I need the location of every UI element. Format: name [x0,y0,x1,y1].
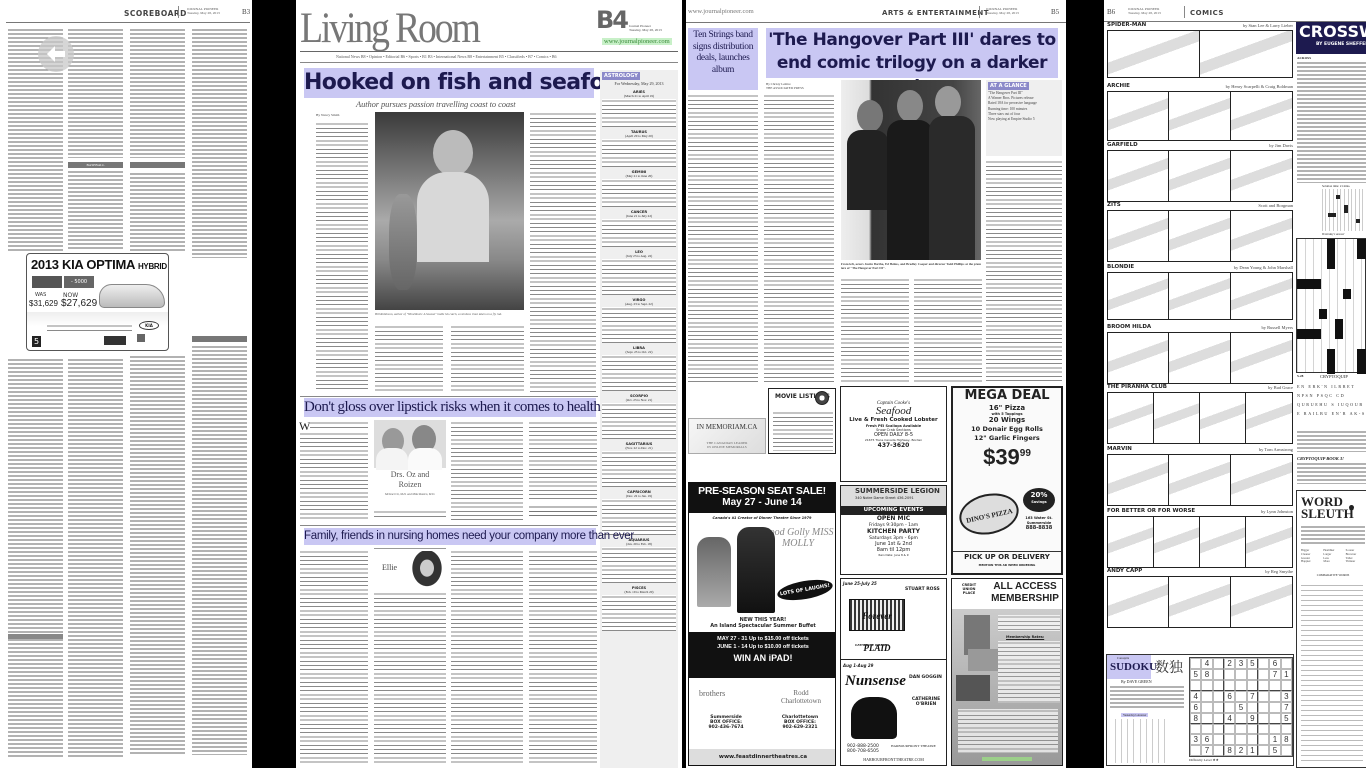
results-column-7 [130,355,185,755]
sudoku-cell[interactable]: 6 [1201,734,1212,745]
sudoku-cell[interactable]: 8 [1190,713,1201,724]
photo-caption: From left, actors Justin Bartha, Ed Helm… [841,262,981,274]
sudoku-cell[interactable] [1213,691,1224,702]
word-list-item: Thinner [1346,560,1365,564]
strip-author: by Jim Davis [1269,143,1293,148]
sudoku-cell[interactable]: 4 [1190,691,1201,702]
story3-col-4 [529,550,597,764]
main-story-col-4 [986,160,1062,382]
comic-panel [1108,31,1200,77]
comic-panel [1246,517,1292,567]
now-price: $27,629 [61,298,97,309]
comic-panel [1108,577,1169,627]
sudoku-cell[interactable] [1258,702,1269,713]
solution-label: Solution time: 21 mins. [1322,184,1350,188]
person-shirt [417,172,489,262]
across-label: ACROSS [1297,56,1311,60]
dinos-pizza-ad[interactable]: MEGA DEAL 16" Pizza with 5 Toppings 20 W… [951,386,1063,575]
comic-panel [1154,517,1200,567]
sudoku-cell[interactable] [1269,702,1280,713]
actor-image [737,527,775,613]
sudoku-cell[interactable]: 2 [1224,658,1235,669]
ad-headline: 2013 KIA OPTIMA [31,257,135,272]
sudoku-cell[interactable]: 2 [1235,745,1246,756]
sign-range: (Jan. 20 to Feb. 18) [602,542,676,546]
sudoku-cell[interactable] [1258,680,1269,691]
sudoku-cell[interactable]: 9 [1247,713,1258,724]
story1-col-1 [316,122,368,392]
divider [300,525,598,526]
comic-panels [1107,272,1293,320]
sudoku-cell[interactable] [1281,680,1292,691]
sudoku-cell[interactable] [1247,734,1258,745]
sudoku-cell[interactable] [1258,669,1269,680]
standings-sub [130,162,185,168]
word-sleuth-box: WORD SLEUTH BiggerCleanerGreaterHappierH… [1296,490,1366,768]
sudoku-cell[interactable] [1269,713,1280,724]
sudoku-cell[interactable] [1213,734,1224,745]
astrology-sign: CANCER(June 21 to July 22) [602,210,676,247]
sudoku-cell[interactable] [1201,680,1212,691]
sudoku-cell[interactable] [1281,658,1292,669]
page-arts-entertainment[interactable]: www.journalpioneer.com ARTS & ENTERTAINM… [686,0,1066,768]
results-column-2 [68,28,123,158]
story3-headline: Family, friends in nursing homes need yo… [304,528,596,545]
cryptoquip-label: CRYPTOQUIP [1320,374,1348,379]
results-column-4 [192,28,247,258]
astrology-sign: AQUARIUS(Jan. 20 to Feb. 18) [602,538,676,583]
harbourfront-theatre-ad[interactable]: June 25-July 25 STUART ROSS Forever PLAI… [840,578,947,766]
photo-2 [968,649,998,671]
comic-panel [1169,455,1230,505]
nuns-illustration [851,697,897,739]
photo-3 [956,675,990,701]
story2-col-3 [451,421,523,521]
sign-range: (July 23 to Aug. 22) [602,254,676,258]
ad-sub: HYBRID [138,262,167,271]
sudoku-cell[interactable]: 8 [1281,734,1292,745]
cryptoquip-line: QURUEHU S IUQOUB [1297,400,1366,409]
story1-subhead: Author pursues passion travelling coast … [356,99,516,109]
ad-rebate: - 5000 [64,276,94,288]
story1-headline: Hooked on fish and seafood [304,68,594,98]
paper-date: JOURNAL PIONEER Tuesday, May 28, 2013 [187,7,220,15]
sudoku-cell[interactable]: 5 [1281,713,1292,724]
comic-strip: GARFIELDby Jim Davis [1107,142,1293,204]
dropcap: W [299,420,310,432]
comic-panel [1200,517,1246,567]
astrology-box: ASTROLOGY For Wednesday, May 29, 2013 AR… [600,70,678,768]
sudoku-cell[interactable]: 6 [1269,658,1280,669]
byline: By Nancy Smith [316,113,339,117]
sudoku-cell[interactable] [1247,702,1258,713]
sudoku-cell[interactable]: 1 [1281,669,1292,680]
astrology-sign: PISCES(Feb. 19 to March 20) [602,586,676,631]
at-a-glance-label: AT A GLANCE [988,82,1029,90]
paper-date: JOURNAL PIONEER Tuesday, May 28, 2013 [986,7,1019,15]
crossword-grid[interactable] [1296,238,1366,373]
word-list-item: Happier [1301,560,1320,564]
ad-badge [32,276,62,288]
astrology-sign: SCORPIO(Oct. 23 to Nov. 21) [602,394,676,439]
qr-code [137,334,145,342]
strip-title: ZITS [1107,202,1121,208]
sudoku-cell[interactable]: 4 [1201,658,1212,669]
sudoku-cell[interactable]: 3 [1190,734,1201,745]
comic-panel [1169,273,1230,319]
sudoku-cell[interactable] [1213,745,1224,756]
strip-author: by Reg Smythe [1265,569,1293,574]
sudoku-cell[interactable]: 5 [1269,745,1280,756]
strip-title: ANDY CAPP [1107,568,1142,574]
sudoku-cell[interactable]: 5 [1247,658,1258,669]
results-column-8 [192,345,247,755]
movie-listings-ad[interactable]: MOVIE LISTINGS [768,388,836,454]
sudoku-cell[interactable] [1269,691,1280,702]
sudoku-cell[interactable]: 1 [1247,745,1258,756]
sudoku-cell[interactable] [1235,724,1246,735]
standings-table-1 [68,170,123,250]
cryptoquip-answer [1297,430,1366,452]
sudoku-cell[interactable]: 7 [1201,745,1212,756]
side-headline: Ten Strings band signs distribution deal… [688,28,758,90]
comic-panel [1231,577,1292,627]
person-face [433,130,473,176]
comic-panel [1108,92,1169,140]
sudoku-cell[interactable] [1190,745,1201,756]
column-sub: Mehmet Oz, M.D. and Mike Roizen, M.D. [374,492,446,496]
astrology-sign: SAGITTARIUS(Nov. 22 to Dec. 21) [602,442,676,487]
story2-col-4 [529,421,597,499]
sudoku-cell[interactable]: 5 [1235,702,1246,713]
sign-range: (Feb. 19 to March 20) [602,590,676,594]
comic-strip: ZITSScott and Borgman [1107,202,1293,264]
ad-logo-block [104,336,126,345]
sign-range: (Oct. 23 to Nov. 21) [602,398,676,402]
sudoku-grid[interactable]: 42356587146736578495361878215 [1189,657,1293,757]
sudoku-cell[interactable]: 3 [1281,691,1292,702]
sign-range: (April 20 to May 20) [602,134,676,138]
divider [300,62,678,63]
kia-optima-ad[interactable]: 2013 KIA OPTIMA HYBRID - 5000 WAS NOW $3… [26,253,169,351]
was-label: WAS [35,292,46,298]
comic-panel [1200,31,1292,77]
astrology-label: ASTROLOGY [602,72,640,80]
main-headline: 'The Hangover Part III' dares to end com… [766,28,1058,78]
cryptoquip-book-text [1297,462,1366,484]
story3-col-1 [300,550,368,764]
ellie-header: Ellie [374,548,446,588]
astrology-sign: ARIES(March 21 to April 19) [602,90,676,127]
strip-title: SPIDER-MAN [1107,22,1146,28]
ellie-photo [410,551,444,589]
sudoku-cell[interactable] [1190,724,1201,735]
divider [300,396,598,397]
comic-strip: MARVINby Tom Armstrong [1107,446,1293,508]
comic-strip: ANDY CAPPby Reg Smythe [1107,568,1293,630]
cryptoquip-book: CRYPTOQUIP BOOK 3! [1297,456,1344,461]
word-sleuth-label: COMPARATIVE WORDS [1301,573,1365,577]
comic-panel [1231,333,1292,383]
strip-author: by Stan Lee & Larry Lieber [1243,23,1293,28]
sudoku-cell[interactable]: 6 [1224,691,1235,702]
divider [1184,6,1185,18]
story1-col-2 [375,325,443,393]
sudoku-cell[interactable] [1235,680,1246,691]
strip-title: FOR BETTER OR FOR WORSE [1107,508,1195,514]
strip-title: BLONDIE [1107,264,1134,270]
sudoku-cell[interactable]: 1 [1269,734,1280,745]
page-gutter [1066,0,1104,768]
sudoku-cell[interactable] [1258,691,1269,702]
strip-author: by Tom Armstrong [1259,447,1293,452]
comic-panels [1107,576,1293,628]
story1-col-4 [530,112,596,394]
comic-panel [1108,333,1169,383]
comic-panel [1231,455,1292,505]
sudoku-cell[interactable] [1247,680,1258,691]
hangover-photo [841,80,981,260]
sudoku-cell[interactable] [1190,680,1201,691]
section-index: National News B8 • Opinion • Editorial B… [336,54,557,59]
story3-col-2 [374,592,446,764]
comic-panel [1108,517,1154,567]
main-story-col-1 [764,94,834,382]
sudoku-cell[interactable] [1281,745,1292,756]
sudoku-cell[interactable] [1247,669,1258,680]
standings-table-2 [130,172,185,252]
results-column-5 [8,358,63,758]
strip-author: by Russell Myers [1262,325,1294,330]
page-number: B6 [1107,8,1115,16]
side-story-text [688,94,758,382]
sudoku-cell[interactable] [1224,724,1235,735]
paper-date: JOURNAL PIONEER Tuesday, May 28, 2013 [1128,7,1161,15]
sudoku-answer-grid [1115,719,1171,763]
sudoku-cell[interactable]: 7 [1247,691,1258,702]
sudoku-cell[interactable] [1269,680,1280,691]
comic-panel [1169,92,1230,140]
strip-title: ARCHIE [1107,83,1130,89]
comic-strip: THE PIRANHA CLUBby Bud Grace [1107,384,1293,446]
page-number-badge: B4 Journal Pioneer Tuesday, May 28, 2013 [596,8,662,32]
sudoku-cell[interactable] [1235,734,1246,745]
divider [6,22,250,23]
sudoku-cell[interactable] [1201,702,1212,713]
astrology-sign: GEMINI(May 21 to June 20) [602,170,676,207]
comic-panel [1231,211,1292,261]
sudoku-cell[interactable] [1258,658,1269,669]
comic-strip: FOR BETTER OR FOR WORSEby Lynn Johnston [1107,508,1293,570]
glance-item: Now playing at Empire Studio 5 [988,117,1060,122]
site-url[interactable]: www.journalpioneer.com [602,38,672,45]
sudoku-cell[interactable] [1224,734,1235,745]
divider [300,51,678,52]
sudoku-cell[interactable] [1224,669,1235,680]
cryptoquip-line: EN ERK'N ILRRET [1297,382,1366,391]
sudoku-cell[interactable] [1258,724,1269,735]
dinner-theatre-url[interactable]: www.feastdinnertheatres.ca [689,749,836,765]
arrow-left-icon [45,45,67,63]
was-price: $31,629 [29,299,58,308]
sudoku-cell[interactable] [1213,669,1224,680]
section-header-lower [8,634,63,639]
divider [686,22,1066,23]
comic-panels [1107,150,1293,202]
story3-col-3 [451,550,523,764]
sudoku-box: Conceptis SUDOKU 数独 By DAVE GREEN Yester… [1106,654,1294,766]
strip-title: MARVIN [1107,446,1132,452]
car-image [99,284,165,308]
sudoku-cell[interactable] [1201,691,1212,702]
comic-panels [1107,30,1293,78]
sudoku-cell[interactable] [1258,745,1269,756]
strip-author: by Bud Grace [1268,385,1293,390]
film-reel-icon [815,391,829,405]
comic-panel [1169,211,1230,261]
strip-author: Scott and Borgman [1258,203,1293,208]
sudoku-cell[interactable]: 6 [1190,702,1201,713]
divider [979,6,980,18]
strip-title: BROOM HILDA [1107,324,1151,330]
site-url[interactable]: www.journalpioneer.com [688,8,754,15]
sudoku-cell[interactable] [1258,734,1269,745]
comic-panel [1231,151,1292,201]
cryptoquip-line: E RAILBU EN'R AK-S [1297,409,1366,418]
sudoku-cell[interactable] [1224,680,1235,691]
sudoku-cell[interactable]: 8 [1224,745,1235,756]
sudoku-cell[interactable] [1269,724,1280,735]
story1-photo [375,112,524,310]
strip-author: by Henry Scarpelli & Craig Boldman [1226,84,1293,89]
sign-range: (March 21 to April 19) [602,94,676,98]
seafood-ad[interactable]: Captain Cooke's Seafood Live & Fresh Coo… [840,386,947,482]
dinner-theatre-ad[interactable]: PRE-SEASON SEAT SALE! May 27 - June 14 C… [688,482,836,766]
comic-panel [1108,151,1169,201]
photo-caption: Bill Robinson, author of "Wind Rush: A S… [375,312,524,321]
actress-image [697,537,731,607]
sudoku-cell[interactable]: 3 [1235,658,1246,669]
comic-panel [1246,393,1292,443]
story2-tagline [529,505,597,519]
strip-title: GARFIELD [1107,142,1138,148]
standings-header: BASEBALL [68,162,123,168]
comic-strip: BROOM HILDAby Russell Myers [1107,324,1293,386]
astrology-date: For Wednesday, May 29, 2013 [600,81,678,86]
warranty-badge: 5 [32,336,41,347]
masthead: Living Room [300,4,479,54]
sudoku-cell[interactable] [1235,691,1246,702]
results-column-3 [130,28,185,158]
page-scoreboard[interactable]: SCOREBOARD JOURNAL PIONEER Tuesday, May … [0,0,252,768]
back-navigation-button[interactable] [38,36,74,72]
sudoku-cell[interactable] [1281,724,1292,735]
fish-image [389,194,417,290]
comic-panels [1107,516,1293,568]
sudoku-cell[interactable] [1235,669,1246,680]
sudoku-cell[interactable] [1258,713,1269,724]
sudoku-cell[interactable] [1224,702,1235,713]
strip-author: by Dean Young & John Marshall [1234,265,1293,270]
page-number: B5 [1051,8,1059,16]
astrology-sign: LEO(July 23 to Aug. 22) [602,250,676,295]
sign-range: (June 21 to July 22) [602,214,676,218]
sudoku-cell[interactable] [1247,724,1258,735]
astrology-sign: VIRGO(Aug. 23 to Sept. 22) [602,298,676,343]
comic-panels [1107,392,1293,444]
crossword-clues [1297,61,1366,183]
in-memoriam-ad[interactable]: IN MEMORIAM.CA THE CANADIAN LEADER IN ON… [688,418,766,454]
sudoku-cell[interactable] [1213,658,1224,669]
sudoku-cell[interactable] [1235,713,1246,724]
sudoku-cell[interactable]: 4 [1224,713,1235,724]
comic-panel [1154,393,1200,443]
legion-ad[interactable]: SUMMERSIDE LEGION 340 Notre Dame Street … [840,485,947,575]
story2-col-2b [374,510,446,520]
sudoku-cell[interactable] [1213,702,1224,713]
sudoku-cell[interactable] [1190,658,1201,669]
crossword-banner: CROSSWORD BY EUGENE SHEFFER [1296,22,1366,54]
comic-panel [1200,393,1246,443]
sign-range: (Aug. 23 to Sept. 22) [602,302,676,306]
sudoku-cell[interactable]: 5 [1190,669,1201,680]
astrology-sign: CAPRICORN(Dec. 22 to Jan. 19) [602,490,676,535]
comic-strip: BLONDIEby Dean Young & John Marshall [1107,264,1293,322]
sudoku-cell[interactable]: 8 [1201,669,1212,680]
story2-col-1 [310,421,368,431]
sudoku-cell[interactable]: 7 [1269,669,1280,680]
sudoku-cell[interactable] [1213,680,1224,691]
crossword-solution [1322,189,1366,231]
yesterday-label: Yesterday's answer [1322,232,1345,236]
sudoku-cell[interactable] [1213,724,1224,735]
nhl-header [192,336,247,342]
story1-col-3 [451,325,524,393]
sudoku-cell[interactable]: 7 [1281,702,1292,713]
comic-panel [1231,273,1292,319]
sudoku-cell[interactable] [1201,724,1212,735]
sign-range: (Dec. 22 to Jan. 19) [602,494,676,498]
comic-panel [1231,92,1292,140]
astrology-sign: LIBRA(Sept. 23 to Oct. 22) [602,346,676,391]
kia-logo: KIA [139,321,159,330]
story2-col-1b [300,432,368,522]
column-name: Drs. Oz and Roizen [382,470,438,490]
page-living-room[interactable]: Living Room B4 Journal Pioneer Tuesday, … [296,0,682,768]
comic-strip: SPIDER-MANby Stan Lee & Larry Lieber [1107,22,1293,80]
comic-strip: ARCHIEby Henry Scarpelli & Craig Boldman [1107,83,1293,143]
astrology-sign: TAURUS(April 20 to May 20) [602,130,676,167]
comic-panels [1107,210,1293,262]
story2-headline: Don't gloss over lipstick risks when it … [304,398,596,417]
comic-panels [1107,91,1293,141]
sudoku-cell[interactable] [1201,713,1212,724]
comic-panels [1107,454,1293,506]
page-comics[interactable]: B6 JOURNAL PIONEER Tuesday, May 28, 2013… [1104,0,1366,768]
columnist-photo [374,420,446,468]
comic-panel [1108,393,1154,443]
comic-panel [1108,273,1169,319]
word-sleuth-puzzle[interactable] [1301,583,1363,763]
section-title: ARTS & ENTERTAINMENT [882,9,989,17]
at-a-glance-box: AT A GLANCE "The Hangover Part III"A War… [986,80,1062,156]
sign-range: (May 21 to June 20) [602,174,676,178]
comic-panel [1169,333,1230,383]
comic-panel [1169,151,1230,201]
credit-union-ad[interactable]: CREDIT UNION PLACE ALL ACCESS MEMBERSHIP… [951,578,1063,766]
word-list-item: More [1323,560,1342,564]
sudoku-cell[interactable] [1213,713,1224,724]
